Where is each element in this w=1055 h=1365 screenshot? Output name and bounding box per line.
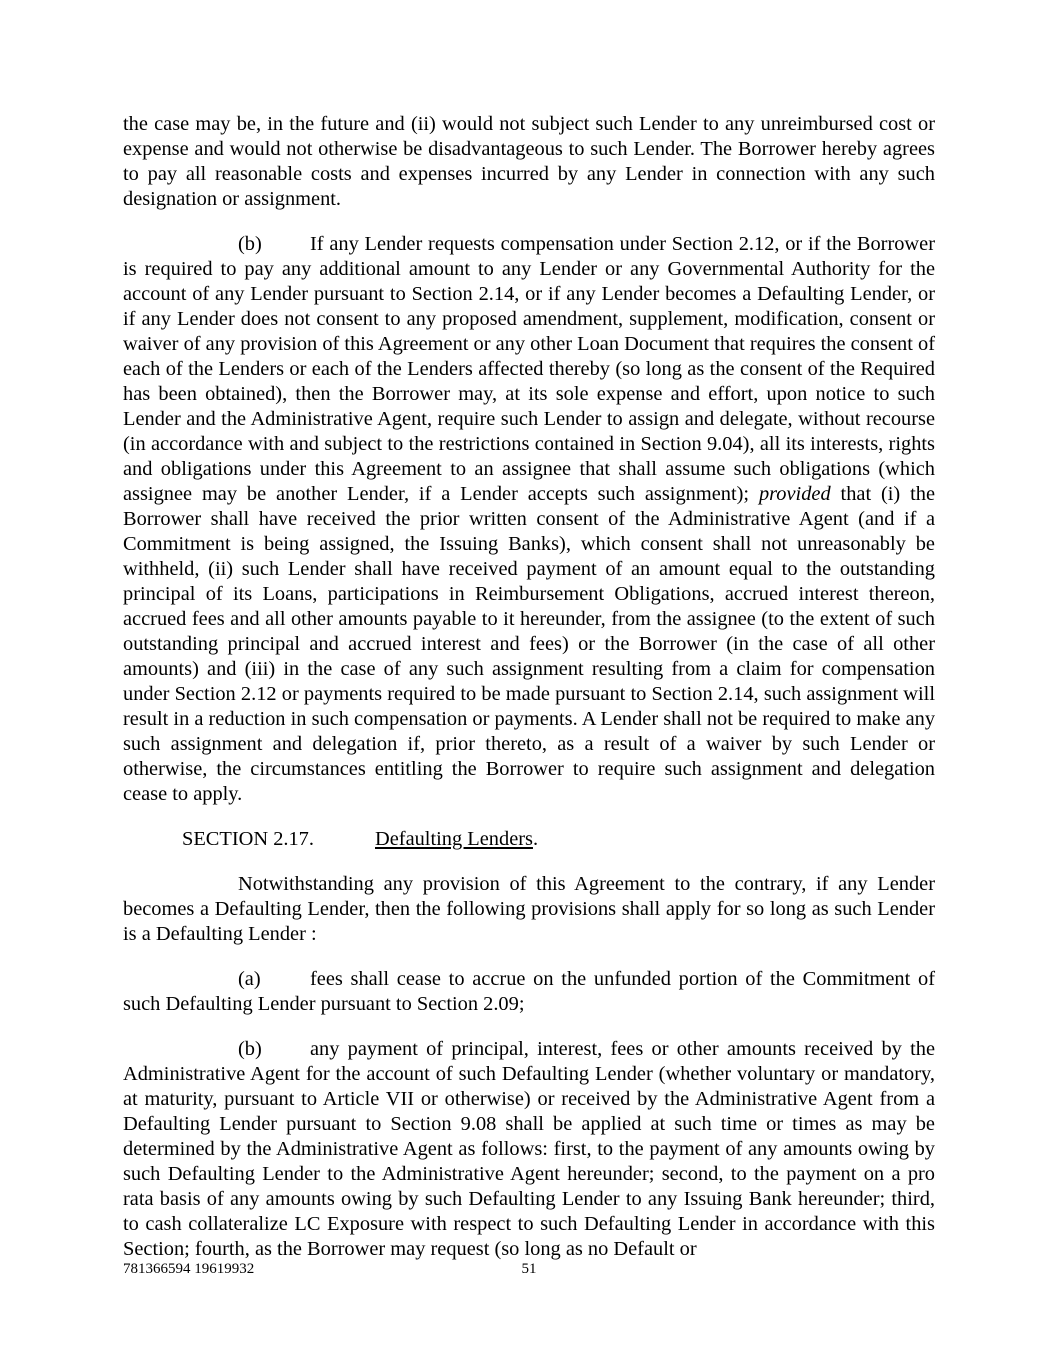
document-page: the case may be, in the future and (ii) … [0,0,1055,1365]
provided-italic: provided [759,483,831,505]
paragraph-b-text-1: If any Lender requests compensation unde… [123,233,935,505]
paragraph-b-lender-assignment: (b)If any Lender requests compensation u… [123,232,935,807]
paragraph-b-payments: (b)any payment of principal, interest, f… [123,1037,935,1262]
paragraph-b-text-2: that (i) the Borrower shall have receive… [123,483,935,805]
section-number: SECTION 2.17. [182,827,375,852]
paragraph-a-fees: (a)fees shall cease to accrue on the unf… [123,967,935,1017]
list-label-b: (b) [238,232,310,257]
list-label-b2: (b) [238,1037,310,1062]
page-number: 51 [0,1259,1055,1279]
paragraph-continuation: the case may be, in the future and (ii) … [123,112,935,212]
page-content: the case may be, in the future and (ii) … [123,112,935,1282]
paragraph-b-payments-text: any payment of principal, interest, fees… [123,1038,935,1260]
list-label-a: (a) [238,967,310,992]
section-title-period: . [533,828,538,850]
page-footer: 781366594 19619932 51 [0,1259,1055,1289]
paragraph-notwithstanding: Notwithstanding any provision of this Ag… [123,872,935,947]
section-heading-2-17: SECTION 2.17.Defaulting Lenders. [123,827,935,852]
section-title: Defaulting Lenders [375,828,533,850]
